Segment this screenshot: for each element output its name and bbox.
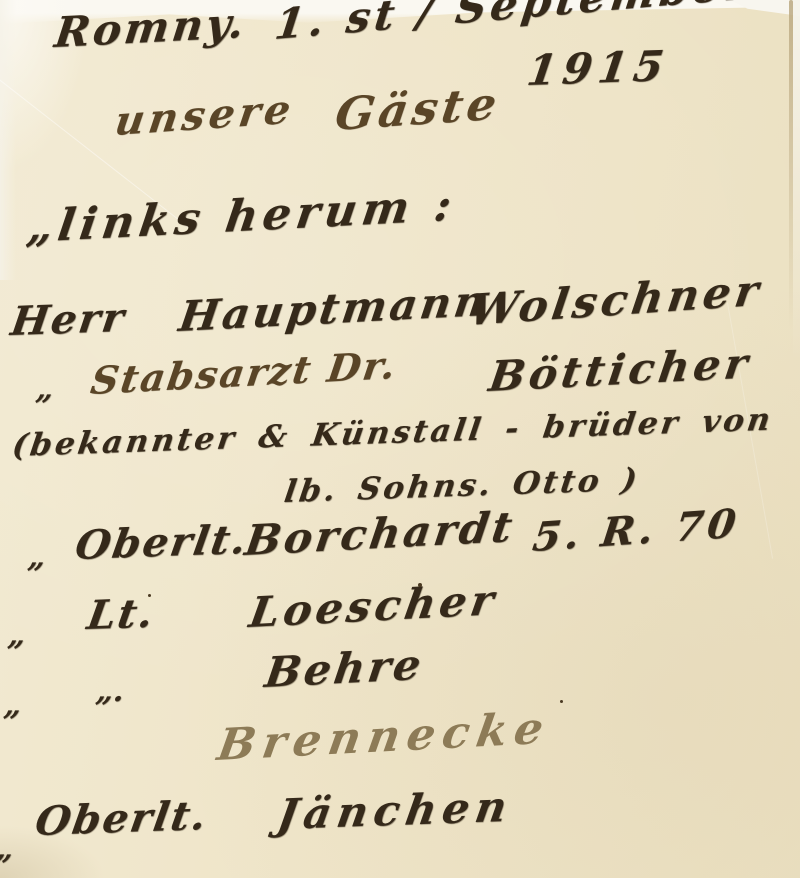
ink-speck (560, 700, 563, 703)
scanned-handwritten-note: { "colors": { "paper": "#efe5c9", "ink":… (0, 0, 800, 878)
guest-rank: Oberlt. (32, 792, 211, 845)
ink-speck (148, 594, 151, 597)
guest-name: Behre (262, 640, 427, 697)
guest-rank: Lt. (84, 590, 158, 639)
guest-name: Jänchen (274, 782, 516, 839)
year-text: 1915 (524, 41, 673, 95)
ditto-mark: „. (94, 674, 127, 709)
guest-rank: Oberlt. (72, 516, 251, 569)
ink-speck (418, 583, 422, 587)
guest-prefix: Herr (8, 294, 129, 345)
